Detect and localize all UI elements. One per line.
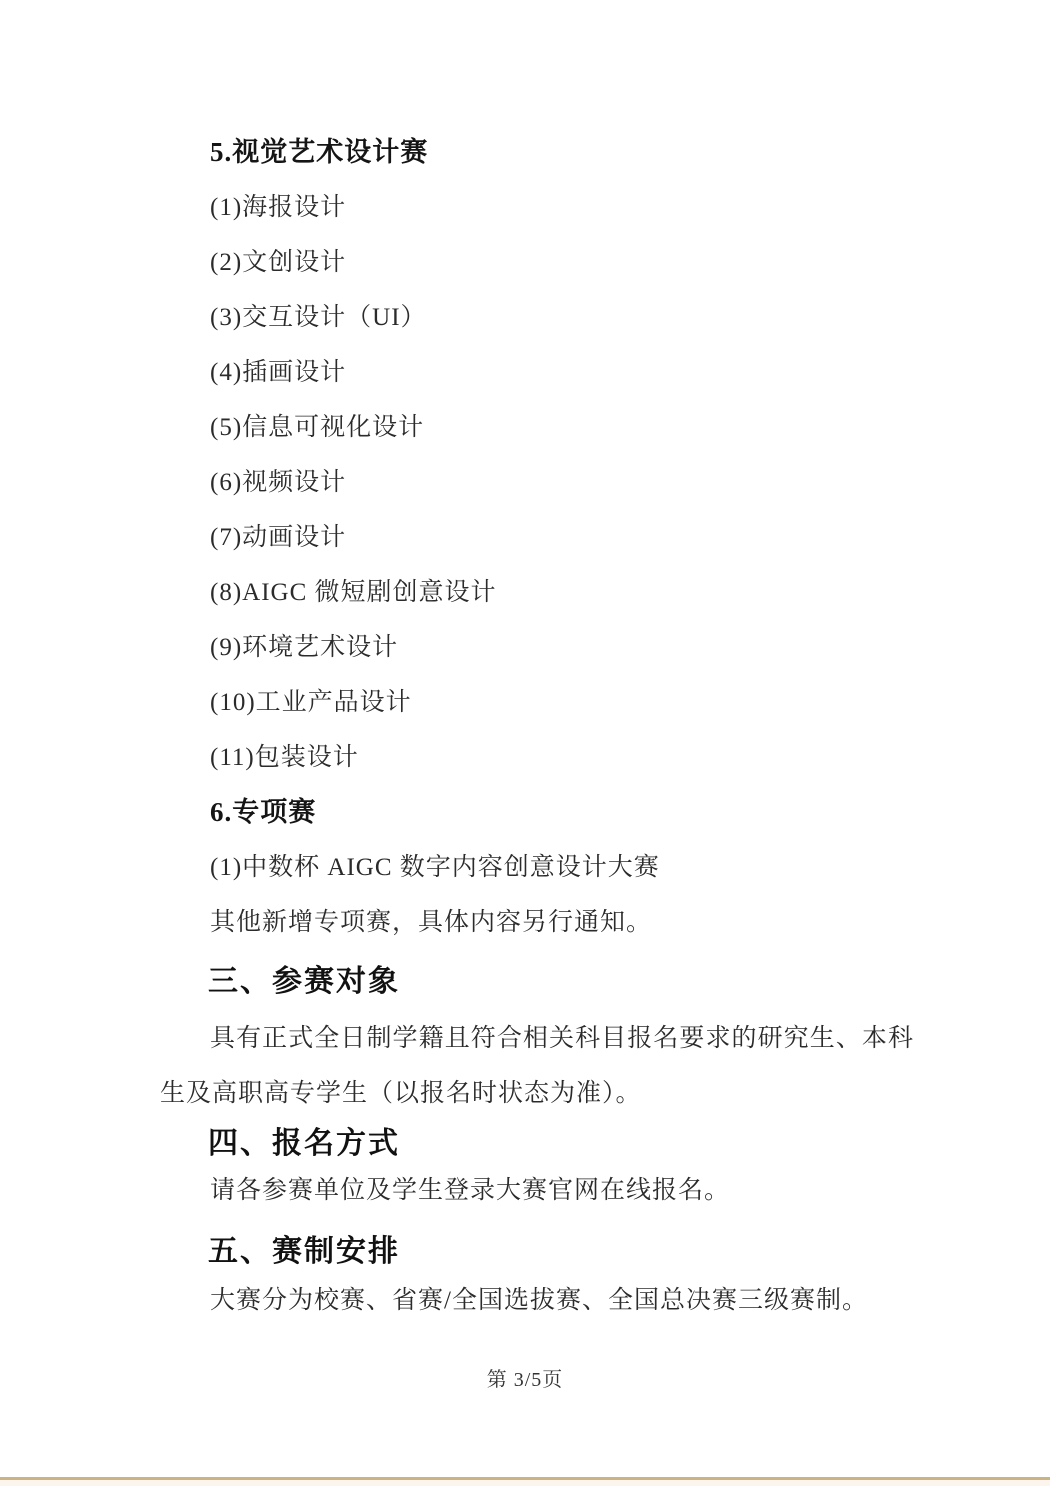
- text-line: 请各参赛单位及学生登录大赛官网在线报名。: [160, 1163, 914, 1218]
- sub-section-heading: 5.视觉艺术设计赛: [160, 125, 914, 180]
- text-line: (10)工业产品设计: [160, 675, 914, 730]
- page-outside-area: [0, 1480, 1050, 1486]
- text-line: (1)海报设计: [160, 180, 914, 235]
- text-line: (5)信息可视化设计: [160, 400, 914, 455]
- text-line: (7)动画设计: [160, 510, 914, 565]
- text-line: (2)文创设计: [160, 235, 914, 290]
- text-line: (9)环境艺术设计: [160, 620, 914, 675]
- page-number: 第 3/5页: [0, 1367, 1050, 1393]
- document-content: 5.视觉艺术设计赛(1)海报设计(2)文创设计(3)交互设计（UI）(4)插画设…: [0, 0, 1050, 1328]
- text-line: (8)AIGC 微短剧创意设计: [160, 565, 914, 620]
- text-line: (3)交互设计（UI）: [160, 290, 914, 345]
- text-line: (1)中数杯 AIGC 数字内容创意设计大赛: [160, 840, 914, 895]
- text-line: 其他新增专项赛，具体内容另行通知。: [160, 895, 914, 950]
- body-paragraph: 具有正式全日制学籍且符合相关科目报名要求的研究生、本科生及高职高专学生（以报名时…: [160, 1011, 914, 1121]
- section-heading: 三、参赛对象: [160, 953, 914, 1011]
- text-line: (6)视频设计: [160, 455, 914, 510]
- text-line: 大赛分为校赛、省赛/全国选拔赛、全国总决赛三级赛制。: [160, 1273, 914, 1328]
- sub-section-heading: 6.专项赛: [160, 785, 914, 840]
- text-line: (11)包装设计: [160, 730, 914, 785]
- text-line: (4)插画设计: [160, 345, 914, 400]
- document-page: 5.视觉艺术设计赛(1)海报设计(2)文创设计(3)交互设计（UI）(4)插画设…: [0, 0, 1050, 1486]
